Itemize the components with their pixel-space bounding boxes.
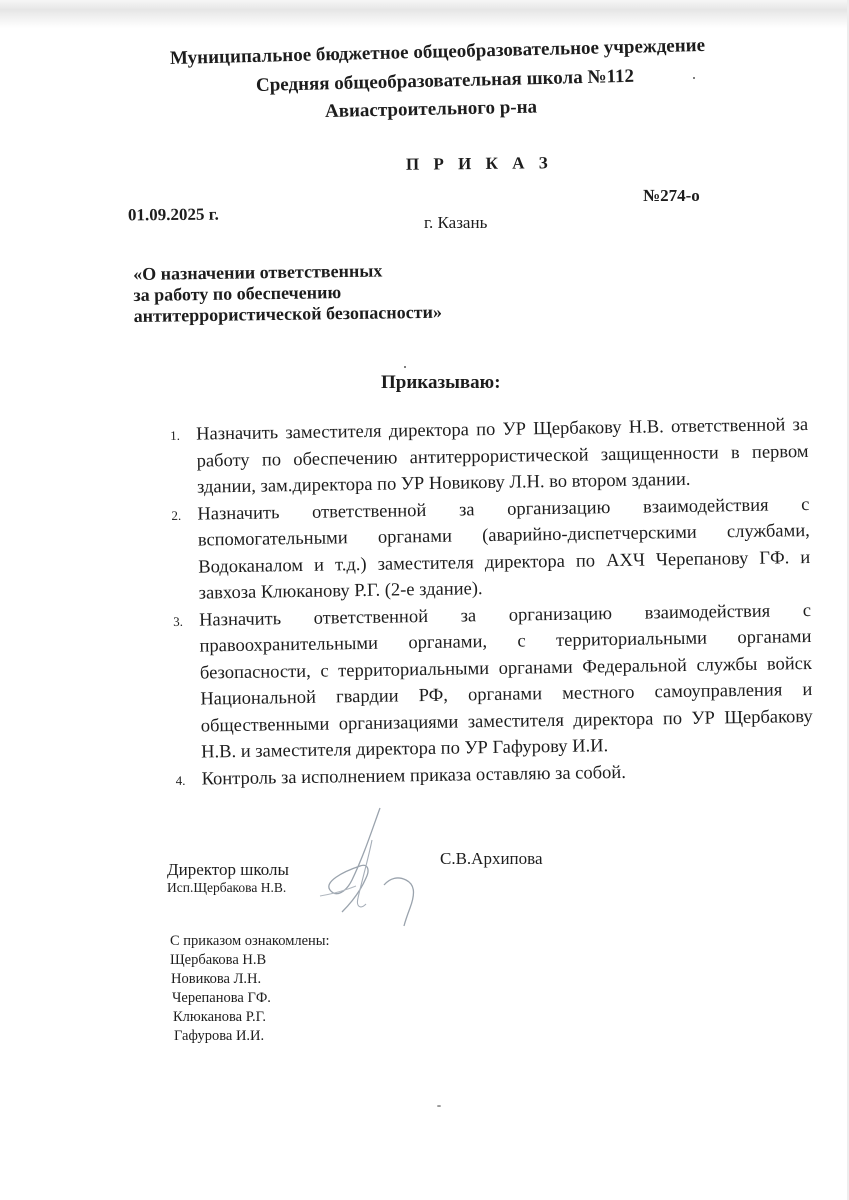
order-item-text: Назначить ответственной за организацию в…	[199, 600, 813, 762]
executor-name: Исп.Щербакова Н.В.	[167, 880, 286, 896]
acknowledgement-title: С приказом ознакомлены:	[170, 932, 330, 951]
acknowledgement-block: С приказом ознакомлены: Щербакова Н.В Но…	[170, 932, 330, 1046]
order-item-number: 3.	[173, 608, 183, 635]
order-date: 01.09.2025 г.	[128, 205, 219, 226]
org-line-3: Авиастроительного р-на	[325, 97, 538, 123]
org-line-1: Муниципальное бюджетное общеобразователь…	[170, 35, 706, 70]
acknowledged-person: Гафурова И.И.	[170, 1027, 330, 1046]
order-city: г. Казань	[424, 213, 487, 233]
order-item: 2. Назначить ответственной за организаци…	[171, 491, 811, 607]
acknowledged-person: Клюканова Р.Г.	[170, 1008, 330, 1027]
scan-speck	[437, 1105, 441, 1107]
order-item-number: 2.	[171, 502, 181, 529]
signature-position: Директор школы	[167, 860, 289, 880]
order-heading: Приказываю:	[381, 372, 501, 394]
handwritten-signature-icon	[312, 800, 432, 930]
document-type-title: П Р И К А З	[406, 153, 553, 175]
order-item-number: 4.	[175, 767, 185, 794]
order-items: 1. Назначить заместителя директора по УР…	[170, 412, 814, 793]
scan-shadow	[0, 0, 849, 28]
acknowledged-person: Новикова Л.Н.	[170, 970, 330, 989]
signatory-name: С.В.Архипова	[440, 849, 543, 869]
order-number: №274-о	[643, 186, 700, 206]
order-item: 3. Назначить ответственной за организаци…	[173, 597, 813, 766]
scan-speck	[693, 77, 695, 79]
order-item-number: 1.	[170, 423, 180, 450]
order-item: 1. Назначить заместителя директора по УР…	[170, 412, 809, 502]
subject-line-3: антитеррористической безопасности»	[134, 302, 442, 327]
acknowledged-person: Черепанова ГФ.	[170, 989, 330, 1008]
order-item-text: Назначить ответственной за организацию в…	[197, 494, 810, 603]
order-item-text: Контроль за исполнением приказа оставляю…	[201, 762, 626, 789]
acknowledged-person: Щербакова Н.В	[170, 951, 330, 970]
order-subject: «О назначении ответственных за работу по…	[133, 260, 442, 327]
scan-speck	[404, 366, 406, 368]
org-line-2: Средняя общеобразовательная школа №112	[256, 66, 635, 97]
order-item-text: Назначить заместителя директора по УР Ще…	[196, 415, 809, 498]
